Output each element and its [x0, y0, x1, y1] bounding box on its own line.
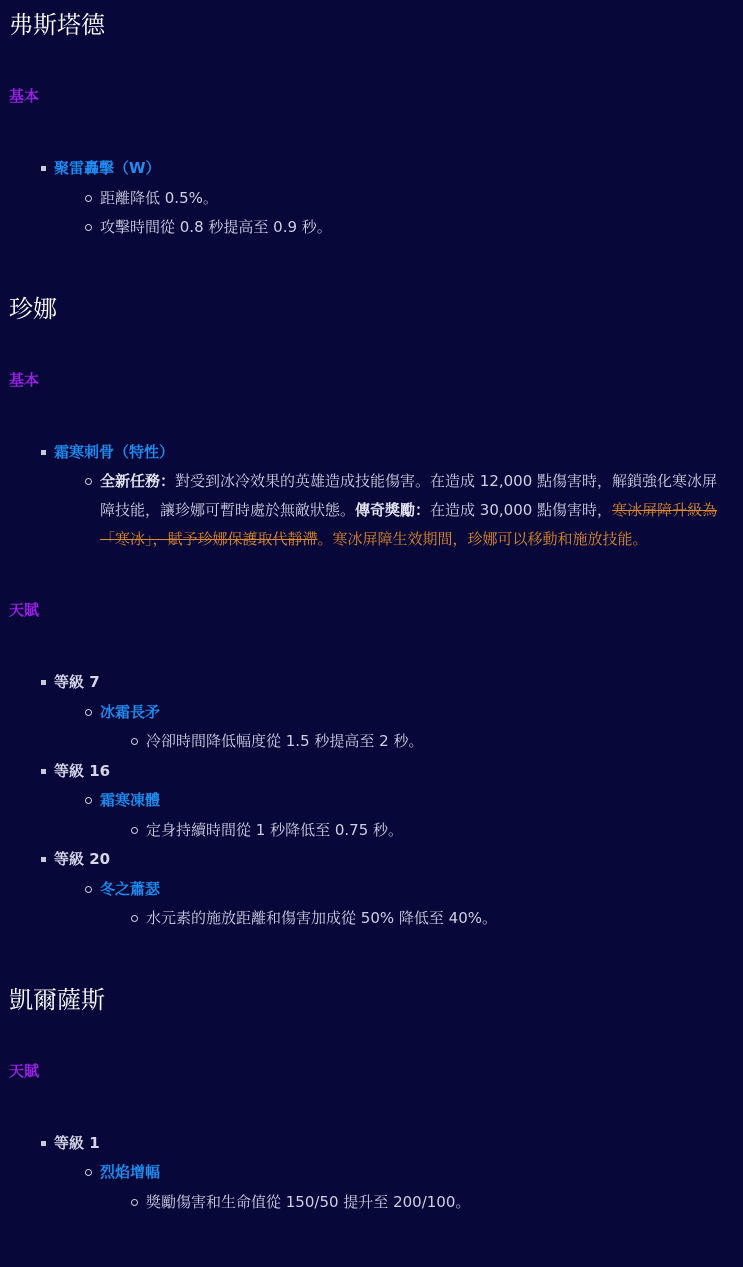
talent-item: 烈焰增幅	[9, 1158, 743, 1188]
patch-notes-page: 弗斯塔德 基本 聚雷轟擊（W） 距離降低 0.5%。 攻擊時間從 0.8 秒提高…	[0, 0, 743, 1217]
list-item: 霜寒刺骨（特性）	[9, 438, 743, 468]
bullet-circle-icon	[131, 915, 138, 922]
hero-section-jaina: 珍娜 基本 霜寒刺骨（特性） 全新任務：對受到冰冷效果的英雄造成技能傷害。在造成…	[9, 294, 743, 934]
added-text: 。寒冰屏障生效期間，珍娜可以移動和施放技能。	[318, 530, 648, 548]
quest-description: 全新任務：對受到冰冷效果的英雄造成技能傷害。在造成 12,000 點傷害時，解鎖…	[9, 467, 728, 554]
talent-item: 冰霜長矛	[9, 698, 743, 728]
talent-name: 烈焰增幅	[100, 1163, 160, 1181]
tier-level: 等級 7	[54, 673, 100, 691]
talent-name: 冬之蕭瑟	[100, 880, 160, 898]
talent-list: 等級 1 烈焰增幅 獎勵傷害和生命值從 150/50 提升至 200/100。	[9, 1129, 743, 1218]
bullet-square-icon	[41, 769, 46, 774]
talent-list: 等級 7 冰霜長矛 冷卻時間降低幅度從 1.5 秒提高至 2 秒。 等級 16 …	[9, 668, 743, 934]
change-list: 聚雷轟擊（W） 距離降低 0.5%。 攻擊時間從 0.8 秒提高至 0.9 秒。	[9, 154, 743, 243]
bullet-circle-icon	[85, 478, 92, 485]
hero-section-falstad: 弗斯塔德 基本 聚雷轟擊（W） 距離降低 0.5%。 攻擊時間從 0.8 秒提高…	[9, 10, 743, 243]
talent-note: 冷卻時間降低幅度從 1.5 秒提高至 2 秒。	[9, 727, 743, 757]
tier-level: 等級 16	[54, 762, 110, 780]
bullet-circle-icon	[85, 797, 92, 804]
talent-name: 冰霜長矛	[100, 703, 160, 721]
bullet-square-icon	[41, 680, 46, 685]
bullet-circle-icon	[85, 224, 92, 231]
list-item: 聚雷轟擊（W）	[9, 154, 743, 184]
talent-item: 冬之蕭瑟	[9, 875, 743, 905]
change-note: 定身持續時間從 1 秒降低至 0.75 秒。	[146, 821, 403, 839]
bullet-circle-icon	[85, 709, 92, 716]
reward-text: 在造成 30,000 點傷害時，	[430, 501, 612, 519]
bullet-square-icon	[41, 1141, 46, 1146]
bullet-square-icon	[41, 450, 46, 455]
ability-name: 聚雷轟擊（W）	[54, 159, 161, 177]
bullet-square-icon	[41, 166, 46, 171]
section-heading-talents: 天賦	[9, 600, 743, 620]
list-item: 距離降低 0.5%。	[9, 184, 743, 214]
tier-level: 等級 1	[54, 1134, 100, 1152]
ability-name: 霜寒刺骨（特性）	[54, 443, 174, 461]
section-heading-basic: 基本	[9, 86, 743, 106]
bullet-circle-icon	[131, 738, 138, 745]
talent-tier: 等級 1	[9, 1129, 743, 1159]
talent-note: 獎勵傷害和生命值從 150/50 提升至 200/100。	[9, 1188, 743, 1218]
talent-note: 定身持續時間從 1 秒降低至 0.75 秒。	[9, 816, 743, 846]
list-item: 攻擊時間從 0.8 秒提高至 0.9 秒。	[9, 213, 743, 243]
hero-title: 凱爾薩斯	[9, 985, 743, 1015]
change-note: 水元素的施放距離和傷害加成從 50% 降低至 40%。	[146, 909, 497, 927]
bullet-circle-icon	[131, 827, 138, 834]
talent-item: 霜寒凍體	[9, 786, 743, 816]
talent-tier: 等級 16	[9, 757, 743, 787]
hero-title: 珍娜	[9, 294, 743, 324]
bullet-circle-icon	[85, 195, 92, 202]
change-note: 冷卻時間降低幅度從 1.5 秒提高至 2 秒。	[146, 732, 423, 750]
section-heading-basic: 基本	[9, 370, 743, 390]
change-note: 獎勵傷害和生命值從 150/50 提升至 200/100。	[146, 1193, 470, 1211]
bullet-circle-icon	[131, 1199, 138, 1206]
talent-note: 水元素的施放距離和傷害加成從 50% 降低至 40%。	[9, 904, 743, 934]
bullet-square-icon	[41, 857, 46, 862]
talent-tier: 等級 7	[9, 668, 743, 698]
quest-label: 全新任務：	[100, 472, 175, 490]
change-note: 攻擊時間從 0.8 秒提高至 0.9 秒。	[100, 218, 332, 236]
section-heading-talents: 天賦	[9, 1061, 743, 1081]
bullet-circle-icon	[85, 886, 92, 893]
bullet-circle-icon	[85, 1169, 92, 1176]
tier-level: 等級 20	[54, 850, 110, 868]
hero-section-kaelthas: 凱爾薩斯 天賦 等級 1 烈焰增幅 獎勵傷害和生命值從 150/50 提升至 2…	[9, 985, 743, 1218]
talent-name: 霜寒凍體	[100, 791, 160, 809]
hero-title: 弗斯塔德	[9, 10, 743, 40]
change-note: 距離降低 0.5%。	[100, 189, 218, 207]
talent-tier: 等級 20	[9, 845, 743, 875]
reward-label: 傳奇獎勵：	[355, 501, 430, 519]
change-list: 霜寒刺骨（特性） 全新任務：對受到冰冷效果的英雄造成技能傷害。在造成 12,00…	[9, 438, 743, 555]
